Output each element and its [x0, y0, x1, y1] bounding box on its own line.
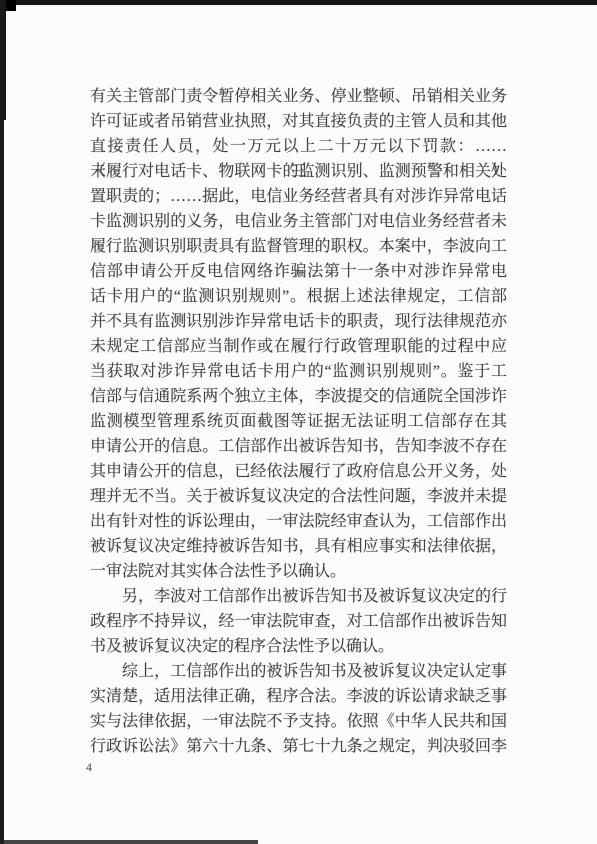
- text-line: 政程序不持异议，经一审法院审查，对工信部作出被诉告知: [90, 609, 507, 634]
- text-line: 出有针对性的诉讼理由，一审法院经审查认为，工信部作出: [90, 509, 507, 534]
- scanned-page: 有关主管部门责令暂停相关业务、停业整顿、吊销相关业务 许可证或者吊销营业执照，对…: [0, 0, 597, 844]
- text-line: 实与法律依据，一审法院不予支持。依照《中华人民共和国: [90, 709, 507, 734]
- text-line: 行政诉讼法》第六十九条、第七十九条之规定，判决驳回李: [90, 734, 507, 759]
- text-line: 申请公开的信息。工信部作出被诉告知书，告知李波不存在: [90, 434, 507, 459]
- scan-edge-top: [0, 0, 597, 5]
- text-line: 许可证或者吊销营业执照，对其直接负责的主管人员和其他: [90, 109, 507, 134]
- text-line: 置职责的；……据此，电信业务经营者具有对涉诈异常电话: [90, 184, 507, 209]
- text-line: 未规定工信部应当制作或在履行行政管理职能的过程中应: [90, 334, 507, 359]
- text-line: 理并无不当。关于被诉复议决定的合法性问题，李波并未提: [90, 484, 507, 509]
- page-number: 4: [86, 760, 92, 775]
- text-line: 实清楚，适用法律正确，程序合法。李波的诉讼请求缺乏事: [90, 684, 507, 709]
- text-line: 话卡用户的“监测识别规则”。根据上述法律规定，工信部: [90, 284, 507, 309]
- scan-edge-bottom: [0, 840, 258, 844]
- text-line: 监测模型管理系统页面截图等证据无法证明工信部存在其: [90, 409, 507, 434]
- text-line: 信部申请公开反电信网络诈骗法第十一条中对涉诈异常电: [90, 259, 507, 284]
- text-line: 其申请公开的信息，已经依法履行了政府信息公开义务，处: [90, 459, 507, 484]
- text-line-paragraph-start: 另，李波对工信部作出被诉告知书及被诉复议决定的行: [90, 584, 507, 609]
- text-line: 未履行对电话卡、物联网卡的监测识别、监测预警和相关处: [90, 159, 507, 184]
- text-line: 一审法院对其实体合法性予以确认。: [90, 559, 507, 584]
- text-line-paragraph-start: 综上，工信部作出的被诉告知书及被诉复议决定认定事: [90, 659, 507, 684]
- text-line: 卡监测识别的义务，电信业务主管部门对电信业务经营者未: [90, 209, 507, 234]
- text-line: 并不具有监测识别涉诈异常电话卡的职责，现行法律规范亦: [90, 309, 507, 334]
- text-line: 当获取对涉诈异常电话卡用户的“监测识别规则”。鉴于工: [90, 359, 507, 384]
- text-line: 履行监测识别职责具有监督管理的职权。本案中，李波向工: [90, 234, 507, 259]
- text-line: 信部与信通院系两个独立主体，李波提交的信通院全国涉诈: [90, 384, 507, 409]
- text-line: 有关主管部门责令暂停相关业务、停业整顿、吊销相关业务: [90, 84, 507, 109]
- document-text: 有关主管部门责令暂停相关业务、停业整顿、吊销相关业务 许可证或者吊销营业执照，对…: [90, 84, 507, 759]
- text-line: 被诉复议决定维持被诉告知书，具有相应事实和法律依据，: [90, 534, 507, 559]
- text-line: 书及被诉复议决定的程序合法性予以确认。: [90, 634, 507, 659]
- text-line: 直接责任人员，处一万元以上二十万元以下罚款：……（三）: [90, 134, 507, 159]
- scan-edge-left: [0, 0, 4, 844]
